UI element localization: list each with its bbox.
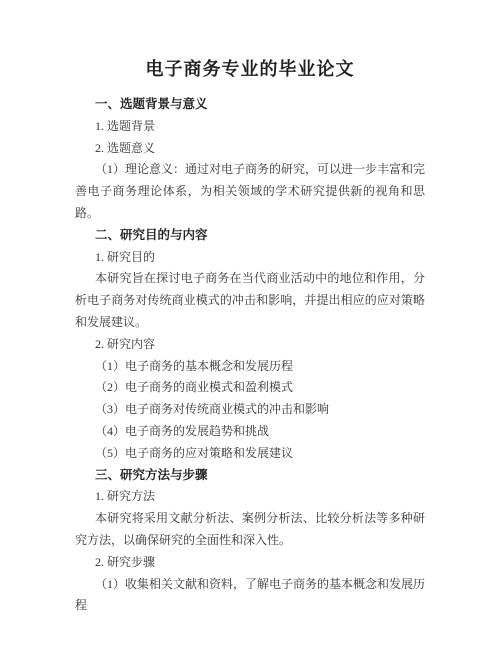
list-item: （2）电子商务的商业模式和盈利模式 <box>75 377 425 399</box>
list-item: 1. 研究目的 <box>75 247 425 269</box>
list-item: （1）电子商务的基本概念和发展历程 <box>75 356 425 378</box>
doc-content: 一、选题背景与意义1. 选题背景2. 选题意义（1）理论意义：通过对电子商务的研… <box>75 94 425 617</box>
list-item: 1. 选题背景 <box>75 116 425 138</box>
doc-title: 电子商务专业的毕业论文 <box>75 56 425 82</box>
list-item: 2. 研究内容 <box>75 334 425 356</box>
section-heading: 三、研究方法与步骤 <box>75 465 425 487</box>
section-heading: 二、研究目的与内容 <box>75 225 425 247</box>
list-item: 1. 研究方法 <box>75 486 425 508</box>
list-item: 2. 选题意义 <box>75 138 425 160</box>
list-item: （5）电子商务的应对策略和发展建议 <box>75 443 425 465</box>
list-item: （4）电子商务的发展趋势和挑战 <box>75 421 425 443</box>
paragraph: 本研究旨在探讨电子商务在当代商业活动中的地位和作用，分析电子商务对传统商业模式的… <box>75 268 425 333</box>
paragraph: （1）收集相关文献和资料，了解电子商务的基本概念和发展历程 <box>75 574 425 618</box>
list-item: 2. 研究步骤 <box>75 552 425 574</box>
list-item: （3）电子商务对传统商业模式的冲击和影响 <box>75 399 425 421</box>
paragraph: （1）理论意义：通过对电子商务的研究，可以进一步丰富和完善电子商务理论体系，为相… <box>75 159 425 224</box>
document-page: 电子商务专业的毕业论文 一、选题背景与意义1. 选题背景2. 选题意义（1）理论… <box>0 0 500 647</box>
section-heading: 一、选题背景与意义 <box>75 94 425 116</box>
paragraph: 本研究将采用文献分析法、案例分析法、比较分析法等多种研究方法，以确保研究的全面性… <box>75 508 425 552</box>
